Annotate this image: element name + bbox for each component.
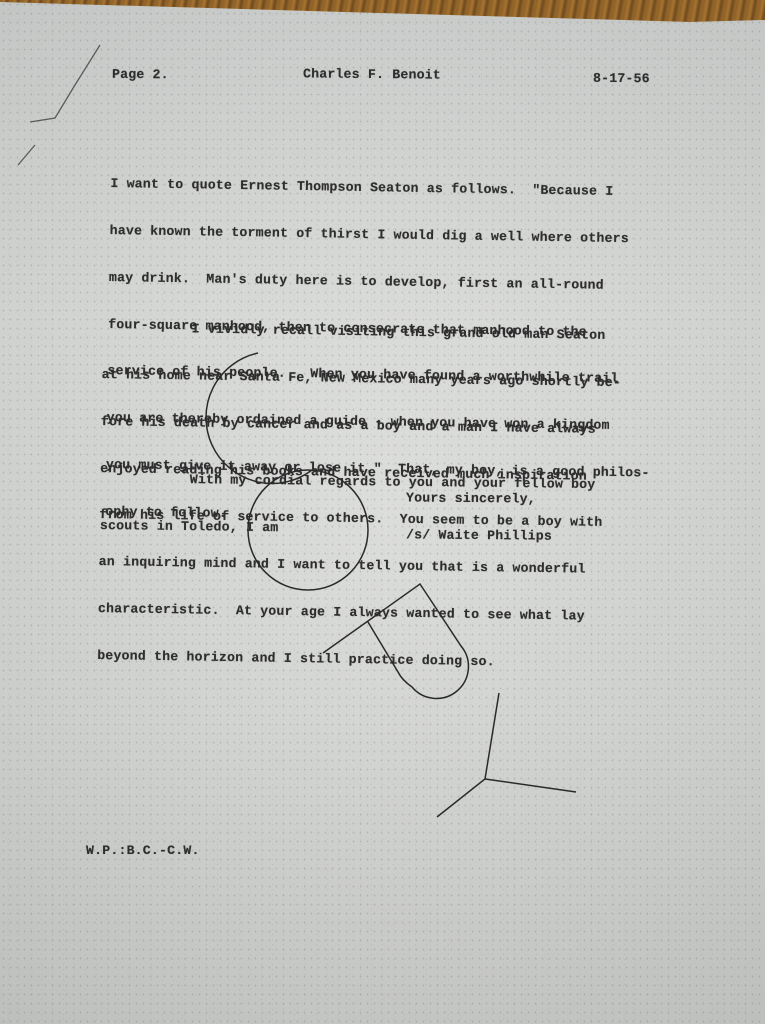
text-line: With my cordial regards to you and your … — [100, 471, 595, 493]
signature: /s/ Waite Phillips — [406, 527, 552, 544]
text-line: I vividly recall visiting this grand old… — [102, 320, 621, 344]
text-line: have known the torment of thirst I would… — [110, 223, 654, 247]
text-line: beyond the horizon and I still practice … — [97, 648, 616, 672]
stamp-letter-y — [437, 693, 576, 817]
closing-salutation: Yours sincerely, — [406, 490, 536, 507]
text-line: fore his death by cancer and as a boy an… — [101, 414, 620, 438]
pencil-mark — [18, 45, 100, 165]
letter-date: 8-17-56 — [593, 71, 650, 87]
text-line: at his home near Santa Fe, New Mexico ma… — [102, 367, 621, 391]
typist-initials: W.P.:B.C.-C.W. — [86, 843, 200, 859]
letter-page: Page 2. Charles F. Benoit 8-17-56 I want… — [0, 0, 765, 1024]
page-number: Page 2. — [112, 67, 169, 83]
text-line: characteristic. At your age I always wan… — [98, 601, 617, 625]
recipient-name: Charles F. Benoit — [303, 66, 441, 83]
text-line: I want to quote Ernest Thompson Seaton a… — [110, 176, 654, 200]
